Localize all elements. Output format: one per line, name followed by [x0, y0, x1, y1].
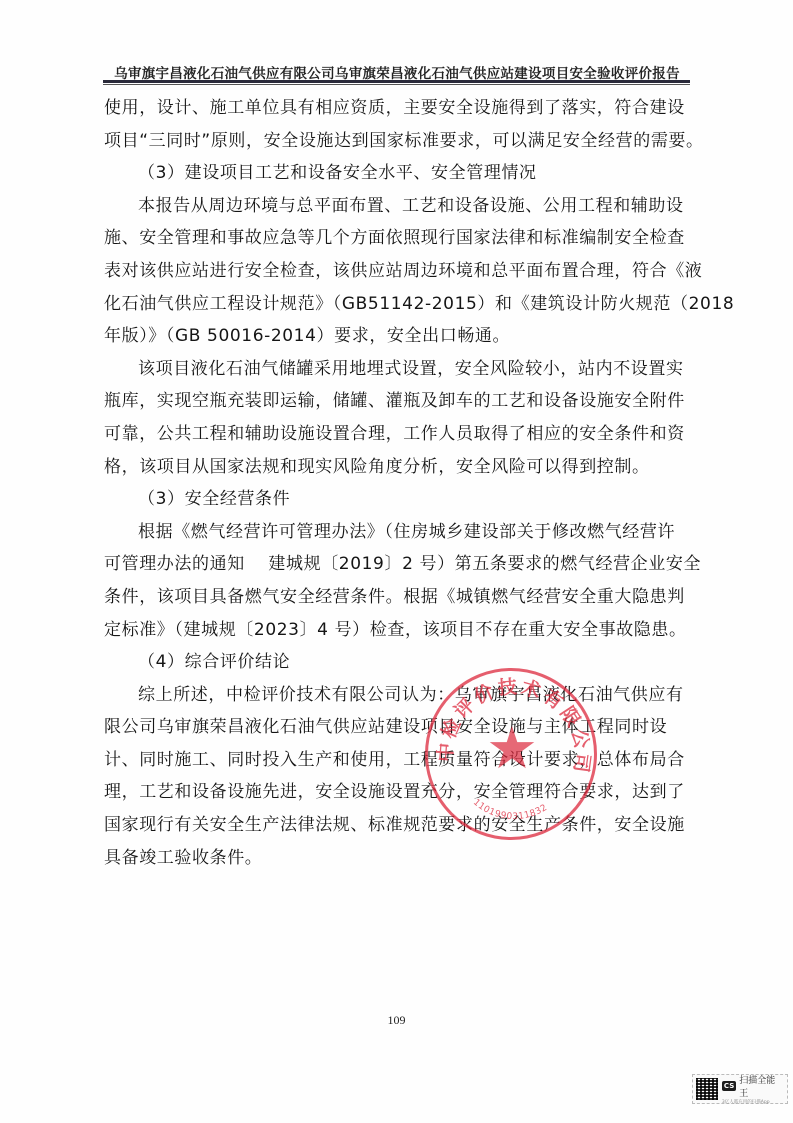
- body-line: 限公司乌审旗荣昌液化石油气供应站建设项目安全设施与主体工程同时设: [104, 711, 694, 744]
- header-rule-thin: [103, 84, 690, 85]
- document-page: 乌审旗宇昌液化石油气供应有限公司乌审旗荣昌液化石油气供应站建设项目安全验收评价报…: [0, 0, 793, 1123]
- body-line: 根据《燃气经营许可管理办法》（住房城乡建设部关于修改燃气经营许: [104, 516, 694, 549]
- body-line: 年版）》（GB 50016-2014）要求，安全出口畅通。: [104, 320, 694, 353]
- body-line: 计、同时施工、同时投入生产和使用，工程质量符合设计要求，总体布局合: [104, 744, 694, 777]
- body-line: 条件，该项目具备燃气安全经营条件。根据《城镇燃气经营安全重大隐患判: [104, 581, 694, 614]
- report-header: 乌审旗宇昌液化石油气供应有限公司乌审旗荣昌液化石油气供应站建设项目安全验收评价报…: [106, 62, 688, 82]
- body-line: 施、安全管理和事故应急等几个方面依照现行国家法律和标准编制安全检查: [104, 222, 694, 255]
- body-line: 化石油气供应工程设计规范》（GB51142-2015）和《建筑设计防火规范（20…: [104, 288, 694, 321]
- body-line: 瓶库，实现空瓶充装即运输，储罐、灌瓶及卸车的工艺和设备设施安全附件: [104, 385, 694, 418]
- qr-code-icon: [696, 1078, 718, 1100]
- watermark-title: 扫描全能王: [739, 1073, 784, 1099]
- body-line: 具备竣工验收条件。: [104, 842, 694, 875]
- body-line: 理，工艺和设备设施先进，安全设施设置充分，安全管理符合要求，达到了: [104, 776, 694, 809]
- camscanner-watermark: CS 扫描全能王 3亿人都在用的扫描App: [692, 1074, 788, 1104]
- body-line: 表对该供应站进行安全检查，该供应站周边环境和总平面布置合理，符合《液: [104, 255, 694, 288]
- document-body: 使用，设计、施工单位具有相应资质，主要安全设施得到了落实，符合建设 项目“三同时…: [104, 92, 694, 874]
- body-line: 定标准》（建城规〔2023〕4 号）检查，该项目不存在重大安全事故隐患。: [104, 614, 694, 647]
- body-line: 格，该项目从国家法规和现实风险角度分析，安全风险可以得到控制。: [104, 451, 694, 484]
- header-rule: [103, 80, 690, 83]
- body-line: 本报告从周边环境与总平面布置、工艺和设备设施、公用工程和辅助设: [104, 190, 694, 223]
- body-line: 该项目液化石油气储罐采用地埋式设置，安全风险较小，站内不设置实: [104, 353, 694, 386]
- body-line: 国家现行有关安全生产法律法规、标准规范要求的安全生产条件，安全设施: [104, 809, 694, 842]
- section-heading-process-safety: （3）建设项目工艺和设备安全水平、安全管理情况: [104, 157, 694, 190]
- watermark-subtitle: 3亿人都在用的扫描App: [722, 1099, 784, 1105]
- cs-logo-icon: CS: [722, 1081, 736, 1091]
- body-line: 使用，设计、施工单位具有相应资质，主要安全设施得到了落实，符合建设: [104, 92, 694, 125]
- section-heading-operating-conditions: （3）安全经营条件: [104, 483, 694, 516]
- page-number: 109: [0, 1013, 793, 1028]
- body-line: 可靠，公共工程和辅助设施设置合理，工作人员取得了相应的安全条件和资: [104, 418, 694, 451]
- section-heading-conclusion: （4）综合评价结论: [104, 646, 694, 679]
- body-line: 项目“三同时”原则，安全设施达到国家标准要求，可以满足安全经营的需要。: [104, 125, 694, 158]
- body-line: 综上所述，中检评价技术有限公司认为：乌审旗宇昌液化石油气供应有: [104, 679, 694, 712]
- body-line: 可管理办法的通知 建城规〔2019〕2 号）第五条要求的燃气经营企业安全: [104, 548, 694, 581]
